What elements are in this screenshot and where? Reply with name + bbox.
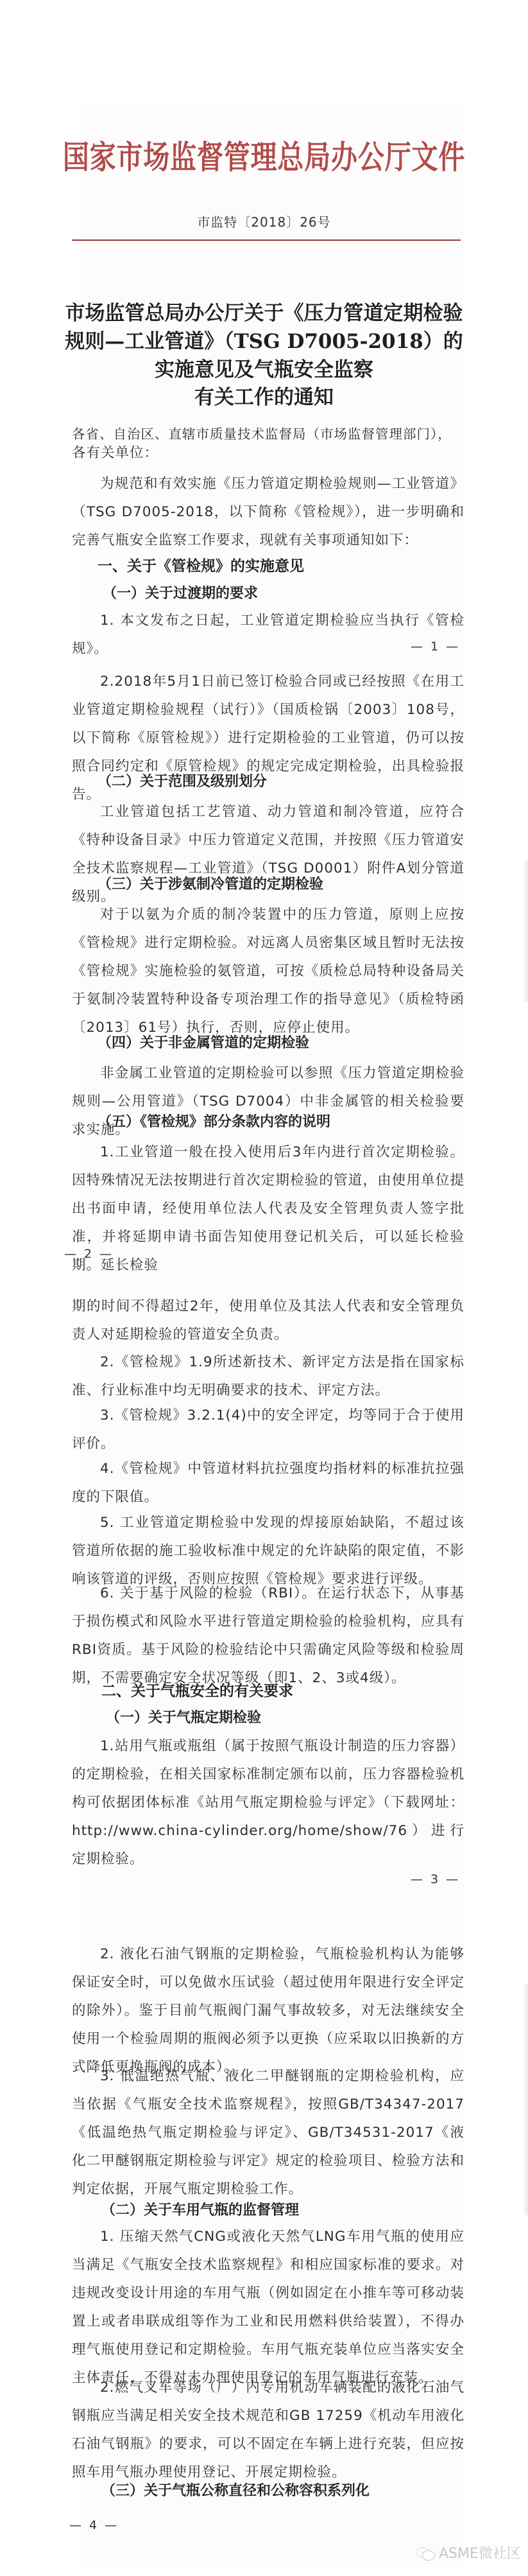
- section-2-sub-2-item-2: 2.燃气叉车等场（厂）内专用机动车辆装配的液化石油气钢瓶应当满足相关安全技术规范…: [72, 2374, 464, 2487]
- scan-edge-shadow: [523, 860, 528, 1002]
- scan-edge-shadow: [523, 1984, 528, 2215]
- section-1-sub-4-heading: （四）关于非金属管道的定期检验: [98, 1032, 309, 1052]
- intro-paragraph: 为规范和有效实施《压力管道定期检验规则—工业管道》（TSG D7005-2018…: [72, 470, 464, 555]
- section-1-sub-5-item-2: 2.《管检规》1.9所述新技术、新评定方法是指在国家标准、行业标准中均无明确要求…: [72, 1348, 464, 1405]
- section-1-sub-2-heading: （二）关于范围及级别划分: [98, 770, 267, 790]
- page-number-1: — 1 —: [411, 640, 460, 654]
- section-1-sub-5-item-3: 3.《管检规》3.2.1(4)中的安全评定，均等同于合于使用评价。: [72, 1402, 464, 1458]
- section-1-sub-3-heading: （三）关于涉氨制冷管道的定期检验: [98, 873, 323, 893]
- section-2-heading: 二、关于气瓶安全的有关要求: [101, 1679, 293, 1700]
- section-1-sub-5-item-4: 4.《管检规》中管道材料抗拉强度均指材料的标准抗拉强度的下限值。: [72, 1455, 464, 1511]
- page-number-3: — 3 —: [411, 1872, 460, 1886]
- section-2-sub-3-heading: （三）关于气瓶公称直径和公称容积系列化: [101, 2480, 370, 2500]
- section-2-sub-1-item-2: 2. 液化石油气钢瓶的定期检验，气瓶检验机构认为能够保证安全时，可以免做水压试验…: [72, 1940, 464, 2082]
- addressee-line-2: 各有关单位：: [72, 442, 464, 465]
- section-1-sub-1-item-1: 1. 本文发布之日起，工业管道定期检验应当执行《管检规》。: [72, 607, 464, 663]
- title-line-4: 有关工作的通知: [0, 385, 528, 410]
- section-2-sub-1-heading: （一）关于气瓶定期检验: [106, 1707, 261, 1727]
- watermark-text: ASME微社区: [439, 2543, 521, 2563]
- page-number-2: — 2 —: [64, 1247, 114, 1261]
- section-1-sub-1-heading: （一）关于过渡期的要求: [103, 582, 258, 602]
- document-number: 市监特〔2018〕26号: [0, 212, 528, 231]
- section-1-sub-5-item-6: 6. 关于基于风险的检验（RBI）。在运行状态下，从事基于损伤模式和风险水平进行…: [72, 1580, 464, 1693]
- section-1-sub-2-text: 工业管道包括工艺管道、动力管道和制冷管道，应符合《特种设备目录》中压力管道定义范…: [72, 798, 464, 911]
- section-2-sub-2-heading: （二）关于车用气瓶的监督管理: [101, 2199, 299, 2219]
- watermark: ASME微社区: [416, 2543, 521, 2563]
- wechat-icon: [416, 2546, 435, 2560]
- section-1-sub-5-item-1-part-1: 1.工业管道一般在投入使用后3年内进行首次定期检验。因特殊情况无法按期进行首次定…: [72, 1138, 464, 1280]
- page-number-4: — 4 —: [69, 2518, 119, 2532]
- section-2-sub-2-item-1: 1. 压缩天然气CNG或液化天然气LNG车用气瓶的使用应当满足《气瓶安全技术监察…: [72, 2223, 464, 2392]
- section-2-sub-1-item-1: 1.站用气瓶或瓶组（属于按照气瓶设计制造的压力容器）的定期检验，在相关国家标准制…: [72, 1732, 464, 1874]
- section-1-sub-5-heading: （五）《管检规》部分条款内容的说明: [98, 1111, 330, 1131]
- section-1-sub-3-text: 对于以氨为介质的制冷装置中的压力管道，原则上应按《管检规》进行定期检验。对远离人…: [72, 901, 464, 1042]
- title-line-3: 实施意见及气瓶安全监察: [0, 357, 528, 383]
- section-1-heading: 一、关于《管检规》的实施意见: [98, 554, 304, 575]
- title-line-1: 市场监管总局办公厅关于《压力管道定期检验: [0, 300, 528, 326]
- header-divider: [72, 239, 461, 241]
- title-line-2: 规则—工业管道》（TSG D7005-2018）的: [0, 329, 528, 354]
- section-1-sub-5-item-1-part-2: 期的时间不得超过2年，使用单位及其法人代表和安全管理负责人对延期检验的管道安全负…: [72, 1292, 464, 1349]
- section-2-sub-1-item-3: 3. 低温绝热气瓶、液化二甲醚钢瓶的定期检验机构，应当依据《气瓶安全技术监察规程…: [72, 2062, 464, 2204]
- issuer-header: 国家市场监督管理总局办公厅文件: [47, 132, 481, 178]
- section-1-sub-4-text: 非金属工业管道的定期检验可以参照《压力管道定期检验规则—公用管道》（TSG D7…: [72, 1059, 464, 1144]
